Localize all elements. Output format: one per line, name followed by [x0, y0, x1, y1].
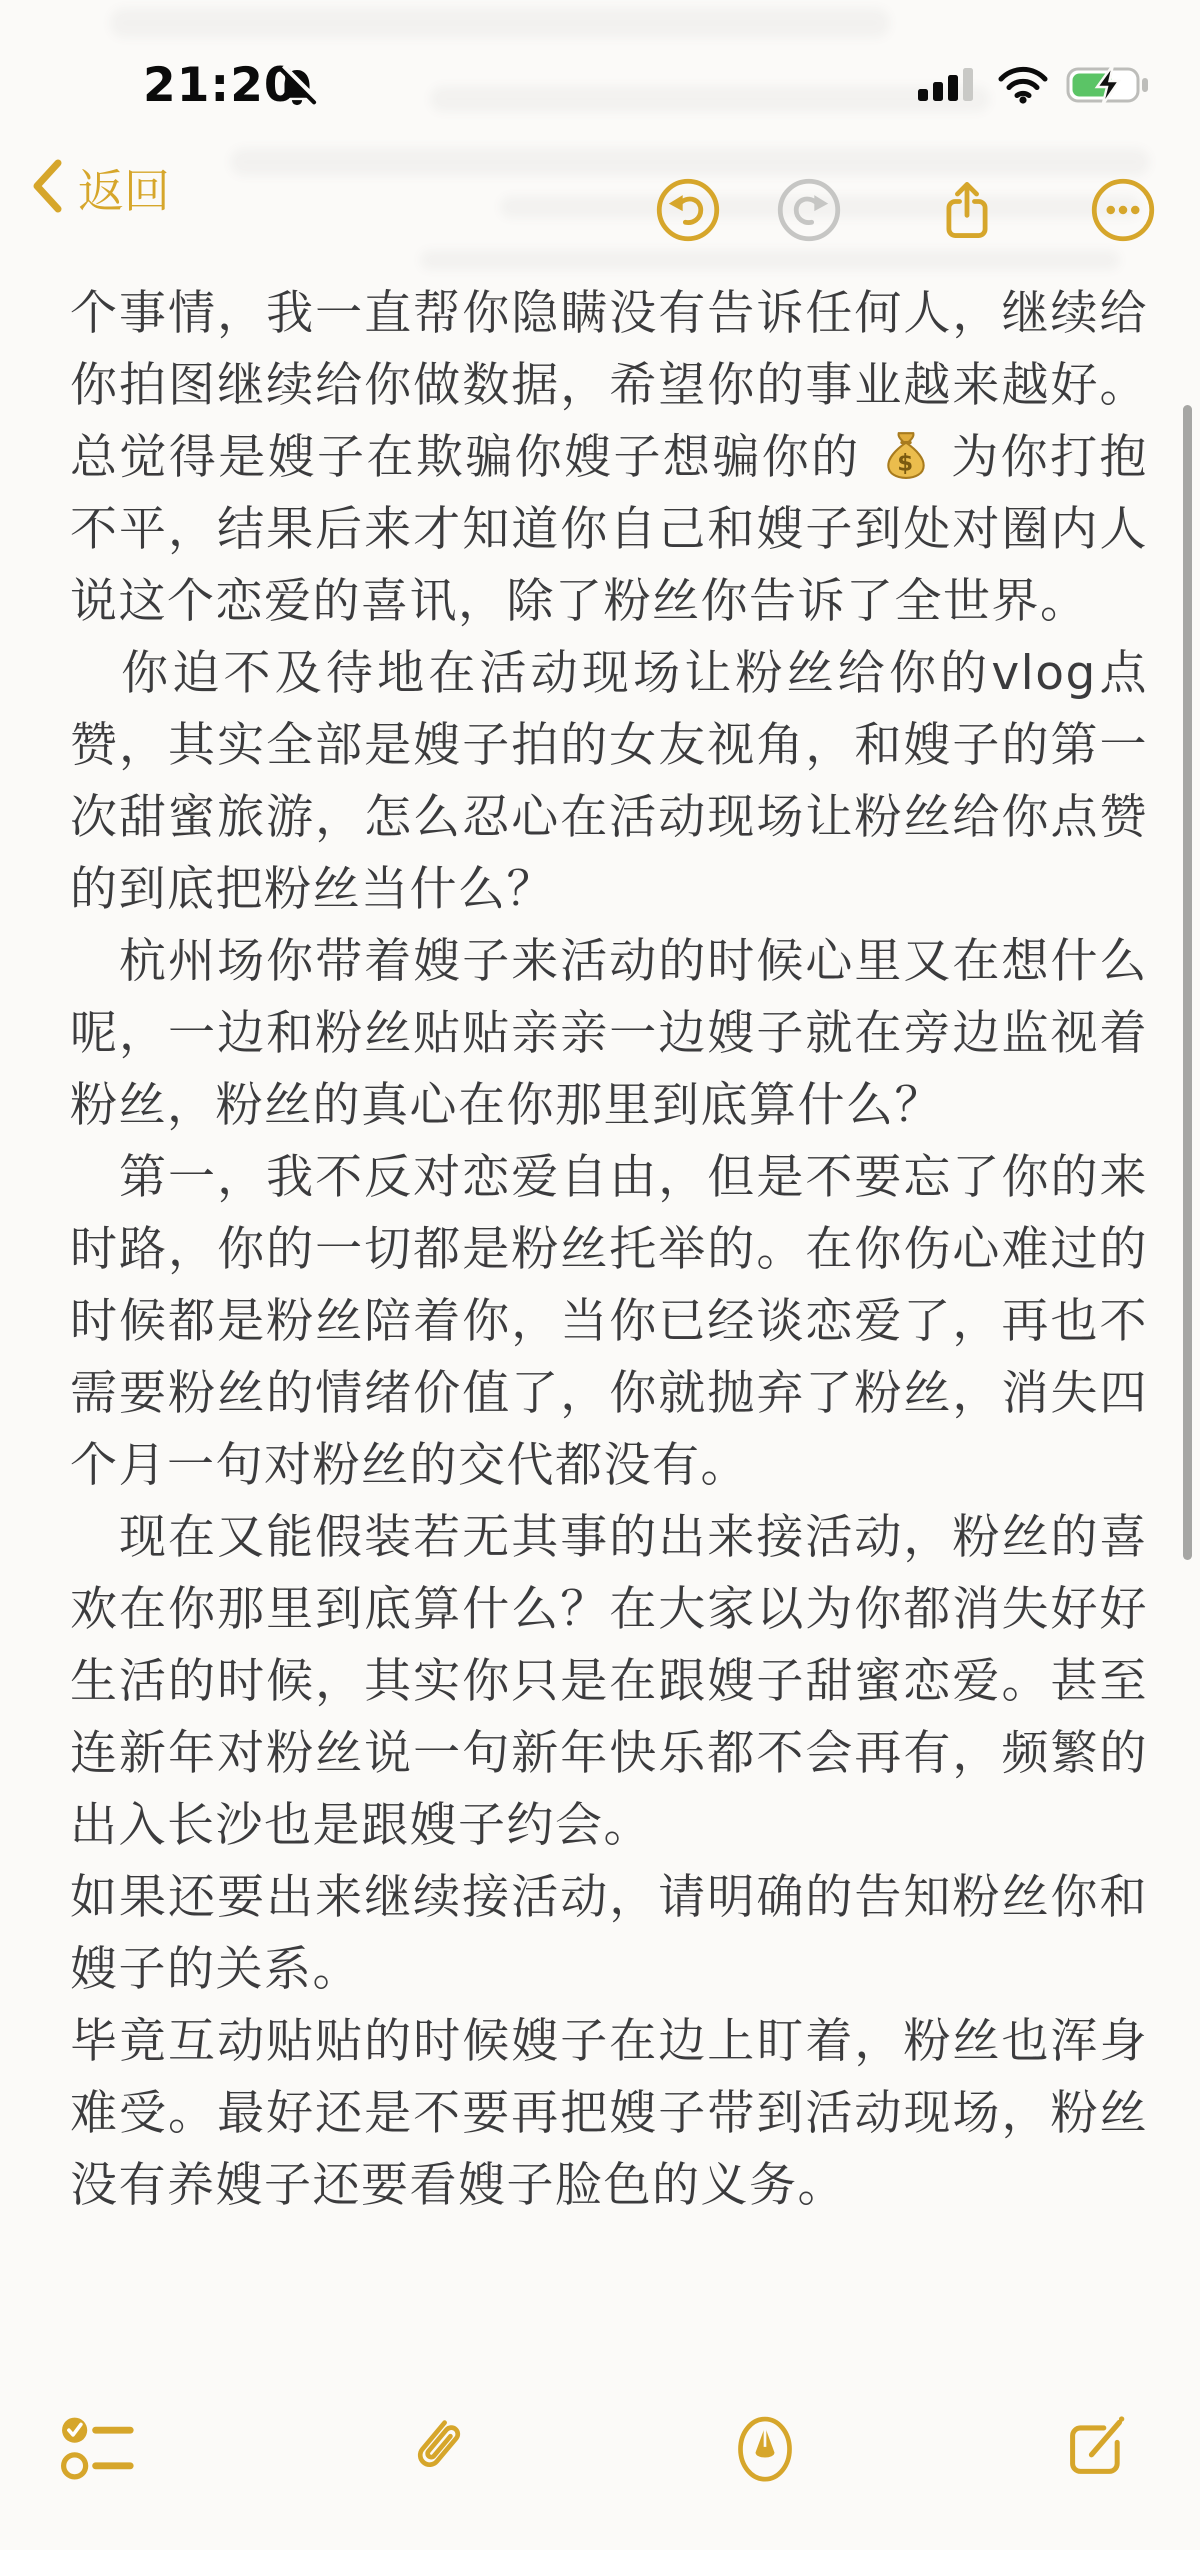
- scrollbar-thumb[interactable]: [1183, 405, 1192, 1560]
- share-button[interactable]: [934, 177, 1000, 243]
- bottom-toolbar: [0, 2380, 1200, 2520]
- paperclip-icon: [396, 2409, 474, 2491]
- checklist-button[interactable]: [58, 2410, 150, 2490]
- note-paragraph: 毕竟互动贴贴的时候嫂子在边上盯着，粉丝也浑身难受。最好还是不要再把嫂子带到活动现…: [70, 2006, 1148, 2222]
- wifi-icon: [997, 66, 1049, 108]
- note-paragraph: 个事情，我一直帮你隐瞒没有告诉任何人，继续给你拍图继续给你做数据，希望你的事业越…: [70, 278, 1148, 638]
- note-text-run: 毕竟互动贴贴的时候嫂子在边上盯着，粉丝也浑身难受。最好还是不要再把嫂子带到活动现…: [70, 2014, 1148, 2213]
- undo-button[interactable]: [655, 177, 721, 243]
- muted-bell-icon: [272, 62, 322, 116]
- note-paragraph: 你迫不及待地在活动现场让粉丝给你的vlog点赞，其实全部是嫂子拍的女友视角，和嫂…: [70, 638, 1148, 926]
- note-paragraph: 如果还要出来继续接活动，请明确的告知粉丝你和嫂子的关系。: [70, 1862, 1148, 2006]
- nav-bar: 返回: [0, 155, 1200, 265]
- note-text-run: 第一，我不反对恋爱自由，但是不要忘了你的来时路，你的一切都是粉丝托举的。在你伤心…: [70, 1150, 1148, 1493]
- note-text-run: 现在又能假装若无其事的出来接活动，粉丝的喜欢在你那里到底算什么？在大家以为你都消…: [70, 1510, 1148, 1853]
- status-bar: 21:20: [0, 40, 1200, 140]
- redo-button[interactable]: [776, 177, 842, 243]
- compose-button[interactable]: [1050, 2410, 1142, 2490]
- note-paragraph: 第一，我不反对恋爱自由，但是不要忘了你的来时路，你的一切都是粉丝托举的。在你伤心…: [70, 1142, 1148, 1502]
- markup-button[interactable]: [719, 2410, 811, 2490]
- back-button-label: 返回: [78, 155, 170, 221]
- notes-app-screen: 21:20: [0, 0, 1200, 2550]
- battery-charging-icon: [1066, 64, 1152, 110]
- checklist-icon: [61, 2413, 147, 2487]
- more-button[interactable]: [1090, 177, 1156, 243]
- note-paragraph: 杭州场你带着嫂子来活动的时候心里又在想什么呢，一边和粉丝贴贴亲亲一边嫂子就在旁边…: [70, 926, 1148, 1142]
- note-text-run: 你迫不及待地在活动现场让粉丝给你的vlog点赞，其实全部是嫂子拍的女友视角，和嫂…: [70, 646, 1148, 917]
- note-body[interactable]: 个事情，我一直帮你隐瞒没有告诉任何人，继续给你拍图继续给你做数据，希望你的事业越…: [70, 278, 1148, 2222]
- compose-icon: [1057, 2409, 1135, 2491]
- ghost-artifact: [110, 8, 890, 38]
- chevron-left-icon: [30, 157, 64, 219]
- svg-text:$: $: [897, 451, 914, 477]
- money-bag-emoji: $: [880, 428, 932, 480]
- note-text-run: 杭州场你带着嫂子来活动的时候心里又在想什么呢，一边和粉丝贴贴亲亲一边嫂子就在旁边…: [70, 934, 1148, 1133]
- marker-pen-icon: [726, 2409, 804, 2491]
- cellular-signal-icon: [916, 68, 980, 106]
- note-text-run: 如果还要出来继续接活动，请明确的告知粉丝你和嫂子的关系。: [70, 1870, 1148, 1997]
- attachment-button[interactable]: [389, 2410, 481, 2490]
- note-paragraph: 现在又能假装若无其事的出来接活动，粉丝的喜欢在你那里到底算什么？在大家以为你都消…: [70, 1502, 1148, 1862]
- back-button[interactable]: 返回: [30, 155, 170, 221]
